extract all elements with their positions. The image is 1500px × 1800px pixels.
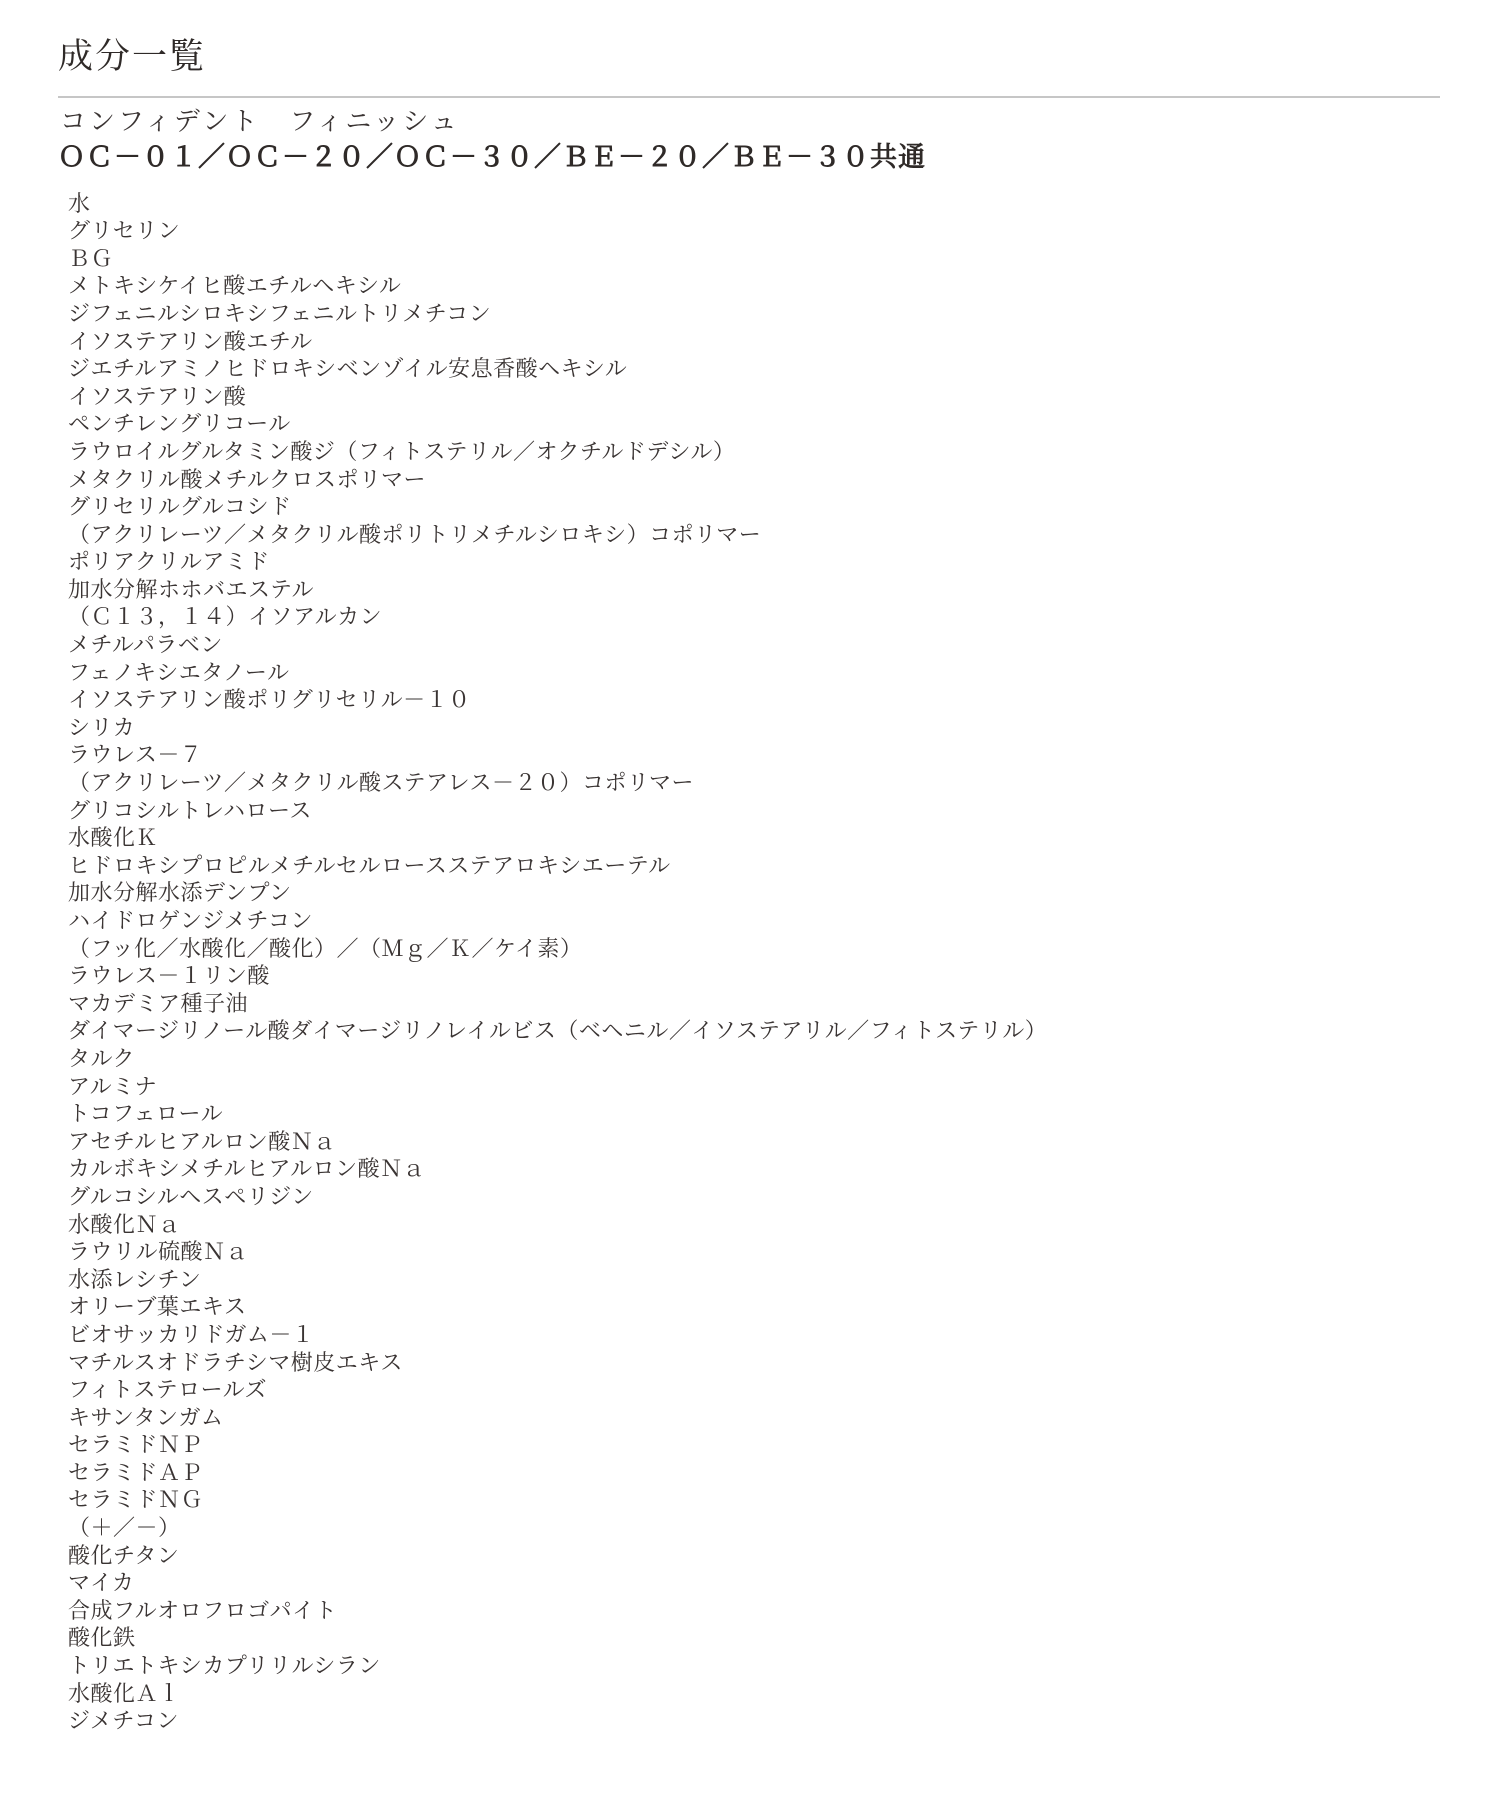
ingredient-item: セラミドＮＧ — [68, 1486, 1440, 1514]
ingredient-item: アルミナ — [68, 1073, 1440, 1101]
ingredient-item: ダイマージリノール酸ダイマージリノレイルビス（ベヘニル／イソステアリル／フィトス… — [68, 1017, 1440, 1045]
ingredient-item: ジメチコン — [68, 1707, 1440, 1735]
ingredient-item: （アクリレーツ／メタクリル酸ステアレス－２０）コポリマー — [68, 769, 1440, 797]
ingredient-item: セラミドＡＰ — [68, 1459, 1440, 1487]
ingredient-item: 水酸化Ｋ — [68, 824, 1440, 852]
ingredient-item: （フッ化／水酸化／酸化）／（Ｍｇ／Ｋ／ケイ素） — [68, 935, 1440, 963]
ingredient-item: ラウレス－７ — [68, 741, 1440, 769]
ingredient-item: ポリアクリルアミド — [68, 548, 1440, 576]
ingredient-item: 水添レシチン — [68, 1266, 1440, 1294]
ingredient-item: マカデミア種子油 — [68, 990, 1440, 1018]
ingredient-item: 加水分解水添デンプン — [68, 879, 1440, 907]
ingredient-item: 酸化鉄 — [68, 1624, 1440, 1652]
ingredient-item: ＢＧ — [68, 245, 1440, 273]
ingredient-item: マチルスオドラチシマ樹皮エキス — [68, 1349, 1440, 1377]
ingredient-item: ビオサッカリドガム－１ — [68, 1321, 1440, 1349]
ingredient-item: イソステアリン酸 — [68, 383, 1440, 411]
ingredient-item: マイカ — [68, 1569, 1440, 1597]
ingredient-item: （アクリレーツ／メタクリル酸ポリトリメチルシロキシ）コポリマー — [68, 521, 1440, 549]
ingredient-item: グリセリン — [68, 217, 1440, 245]
ingredient-item: メトキシケイヒ酸エチルヘキシル — [68, 272, 1440, 300]
ingredient-item: フィトステロールズ — [68, 1376, 1440, 1404]
product-name: コンフィデント フィニッシュ — [60, 106, 1440, 137]
ingredient-item: ラウロイルグルタミン酸ジ（フィトステリル／オクチルドデシル） — [68, 438, 1440, 466]
ingredient-item: ラウリル硫酸Ｎａ — [68, 1238, 1440, 1266]
ingredient-item: 水 — [68, 190, 1440, 218]
title-divider — [58, 96, 1440, 98]
ingredient-item: カルボキシメチルヒアルロン酸Ｎａ — [68, 1155, 1440, 1183]
ingredient-item: グリセリルグルコシド — [68, 493, 1440, 521]
ingredient-item: 水酸化Ｎａ — [68, 1211, 1440, 1239]
ingredient-item: シリカ — [68, 714, 1440, 742]
page-title: 成分一覧 — [58, 36, 1440, 78]
ingredient-item: オリーブ葉エキス — [68, 1293, 1440, 1321]
ingredient-item: （Ｃ１３，１４）イソアルカン — [68, 603, 1440, 631]
ingredient-item: 水酸化Ａｌ — [68, 1680, 1440, 1708]
ingredient-item: メタクリル酸メチルクロスポリマー — [68, 466, 1440, 494]
ingredient-item: ペンチレングリコール — [68, 410, 1440, 438]
ingredient-item: 酸化チタン — [68, 1542, 1440, 1570]
ingredient-list-page: 成分一覧 コンフィデント フィニッシュ ＯＣ－０１／ＯＣ－２０／ＯＣ－３０／ＢＥ… — [0, 0, 1500, 1735]
ingredient-item: セラミドＮＰ — [68, 1431, 1440, 1459]
ingredient-item: グルコシルヘスペリジン — [68, 1183, 1440, 1211]
ingredient-item: メチルパラベン — [68, 631, 1440, 659]
ingredient-item: ヒドロキシプロピルメチルセルロースステアロキシエーテル — [68, 852, 1440, 880]
ingredient-item: タルク — [68, 1045, 1440, 1073]
ingredient-item: ラウレス－１リン酸 — [68, 962, 1440, 990]
ingredient-item: ジエチルアミノヒドロキシベンゾイル安息香酸ヘキシル — [68, 355, 1440, 383]
ingredient-item: トリエトキシカプリリルシラン — [68, 1652, 1440, 1680]
ingredient-item: フェノキシエタノール — [68, 659, 1440, 687]
ingredient-item: （＋／－） — [68, 1514, 1440, 1542]
ingredient-list: 水グリセリンＢＧメトキシケイヒ酸エチルヘキシルジフェニルシロキシフェニルトリメチ… — [68, 190, 1440, 1735]
ingredient-item: ジフェニルシロキシフェニルトリメチコン — [68, 300, 1440, 328]
ingredient-item: グリコシルトレハロース — [68, 797, 1440, 825]
ingredient-item: 加水分解ホホバエステル — [68, 576, 1440, 604]
ingredient-item: イソステアリン酸ポリグリセリル－１０ — [68, 686, 1440, 714]
ingredient-item: アセチルヒアルロン酸Ｎａ — [68, 1128, 1440, 1156]
ingredient-item: イソステアリン酸エチル — [68, 328, 1440, 356]
shade-codes-line: ＯＣ－０１／ＯＣ－２０／ＯＣ－３０／ＢＥ－２０／ＢＥ－３０共通 — [58, 141, 1440, 173]
ingredient-item: 合成フルオロフロゴパイト — [68, 1597, 1440, 1625]
ingredient-item: トコフェロール — [68, 1100, 1440, 1128]
ingredient-item: キサンタンガム — [68, 1404, 1440, 1432]
ingredient-item: ハイドロゲンジメチコン — [68, 907, 1440, 935]
